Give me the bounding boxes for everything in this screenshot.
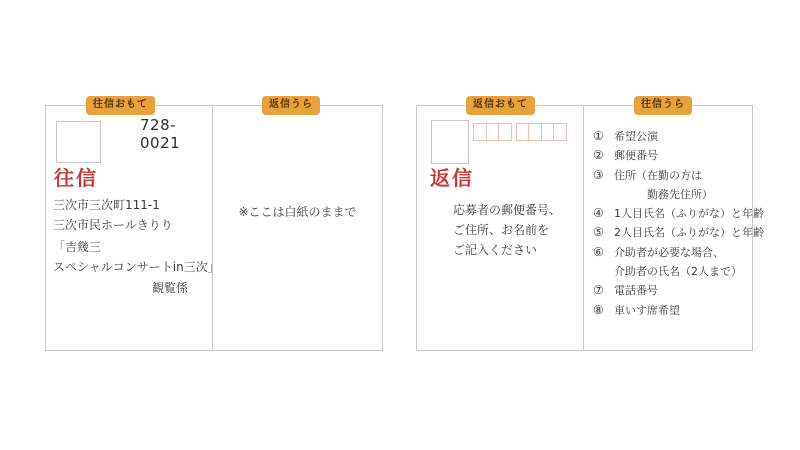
list-item: ⑥ 介助者が必要な場合、	[593, 243, 764, 262]
postal-cell	[473, 123, 487, 141]
item-text: 郵便番号	[614, 146, 658, 165]
outbound-back-badge: 往信うら	[634, 96, 692, 115]
postal-cell	[516, 123, 530, 141]
list-item: ③ 住所（在勤の方は	[593, 166, 764, 185]
item-text: 介助者の氏名（2人まで）	[614, 262, 742, 281]
postal-code-boxes	[473, 123, 567, 141]
item-number-spacer	[593, 262, 614, 281]
item-text: 希望公演	[614, 127, 658, 146]
destination-postal-code: 728-0021	[140, 116, 212, 152]
outbound-front-badge: 往信おもて	[86, 96, 155, 115]
postal-cell	[541, 123, 555, 141]
item-text: 電話番号	[614, 281, 658, 300]
item-number: ⑤	[593, 223, 614, 242]
postal-cell-group	[473, 123, 512, 141]
event-name-line: 「吉幾三	[53, 238, 208, 258]
reply-mark: 返信	[430, 162, 474, 191]
outbound-front-panel: 728-0021 往信 三次市三次町111-1 三次市民ホールきりり 「吉幾三 …	[46, 106, 213, 350]
address-line: 三次市民ホールきりり	[53, 216, 208, 236]
destination-address-block: 三次市三次町111-1 三次市民ホールきりり 「吉幾三 スペシャルコンサートin…	[53, 196, 208, 299]
item-number: ⑦	[593, 281, 614, 300]
leave-blank-note: ※ここは白紙のままで	[213, 203, 382, 220]
item-number: ③	[593, 166, 614, 185]
list-item-wrap: 介助者の氏名（2人まで）	[593, 262, 764, 281]
item-text: 勤務先住所）	[647, 185, 713, 204]
item-number: ⑥	[593, 243, 614, 262]
item-text: 住所（在勤の方は	[614, 166, 702, 185]
application-items-list: ① 希望公演 ② 郵便番号 ③ 住所（在勤の方は 勤務先住所） ④ 1人目	[593, 127, 764, 320]
outbound-postcard: 往信おもて 返信うら 728-0021 往信 三次市三次町111-1 三次市民ホ…	[45, 105, 383, 351]
item-text: 1人目氏名（ふりがな）と年齢	[614, 204, 764, 223]
postal-cell	[498, 123, 512, 141]
stamp-box	[431, 120, 469, 164]
reply-front-panel: 返信 応募者の郵便番号、 ご住所、お名前を ご記入ください	[417, 106, 584, 350]
postal-cell	[528, 123, 542, 141]
reply-back-badge: 返信うら	[262, 96, 320, 115]
note-line: ご住所、お名前を	[453, 220, 561, 240]
list-item: ② 郵便番号	[593, 146, 764, 165]
event-name-line: スペシャルコンサートin三次」	[53, 258, 208, 278]
item-text: 車いす席希望	[614, 301, 680, 320]
reply-front-badge: 返信おもて	[466, 96, 535, 115]
postal-cell	[553, 123, 567, 141]
item-number: ②	[593, 146, 614, 165]
address-line: 三次市三次町111-1	[53, 196, 208, 216]
list-item: ⑦ 電話番号	[593, 281, 764, 300]
postal-cell-group	[516, 123, 567, 141]
applicant-info-note: 応募者の郵便番号、 ご住所、お名前を ご記入ください	[453, 200, 561, 260]
stamp-box	[56, 121, 101, 163]
item-number: ④	[593, 204, 614, 223]
postal-cell	[486, 123, 500, 141]
item-text: 介助者が必要な場合、	[614, 243, 724, 262]
list-item: ① 希望公演	[593, 127, 764, 146]
item-number: ⑧	[593, 301, 614, 320]
item-number-spacer	[593, 185, 614, 204]
reply-back-panel: ※ここは白紙のままで	[213, 106, 382, 350]
list-item: ④ 1人目氏名（ふりがな）と年齢	[593, 204, 764, 223]
recipient-section-line: 観覧係	[53, 279, 208, 299]
list-item: ⑧ 車いす席希望	[593, 301, 764, 320]
postcard-instruction-diagram: 往信おもて 返信うら 728-0021 往信 三次市三次町111-1 三次市民ホ…	[0, 0, 800, 450]
note-line: 応募者の郵便番号、	[453, 200, 561, 220]
item-text: 2人目氏名（ふりがな）と年齢	[614, 223, 764, 242]
list-item-wrap: 勤務先住所）	[593, 185, 764, 204]
item-number: ①	[593, 127, 614, 146]
reply-postcard: 返信おもて 往信うら 返信 応募者の郵便番号、 ご住所、お名前を ご記入ください…	[416, 105, 753, 351]
note-line: ご記入ください	[453, 240, 561, 260]
outbound-mark: 往信	[54, 162, 98, 191]
outbound-back-panel: ① 希望公演 ② 郵便番号 ③ 住所（在勤の方は 勤務先住所） ④ 1人目	[584, 106, 752, 350]
list-item: ⑤ 2人目氏名（ふりがな）と年齢	[593, 223, 764, 242]
